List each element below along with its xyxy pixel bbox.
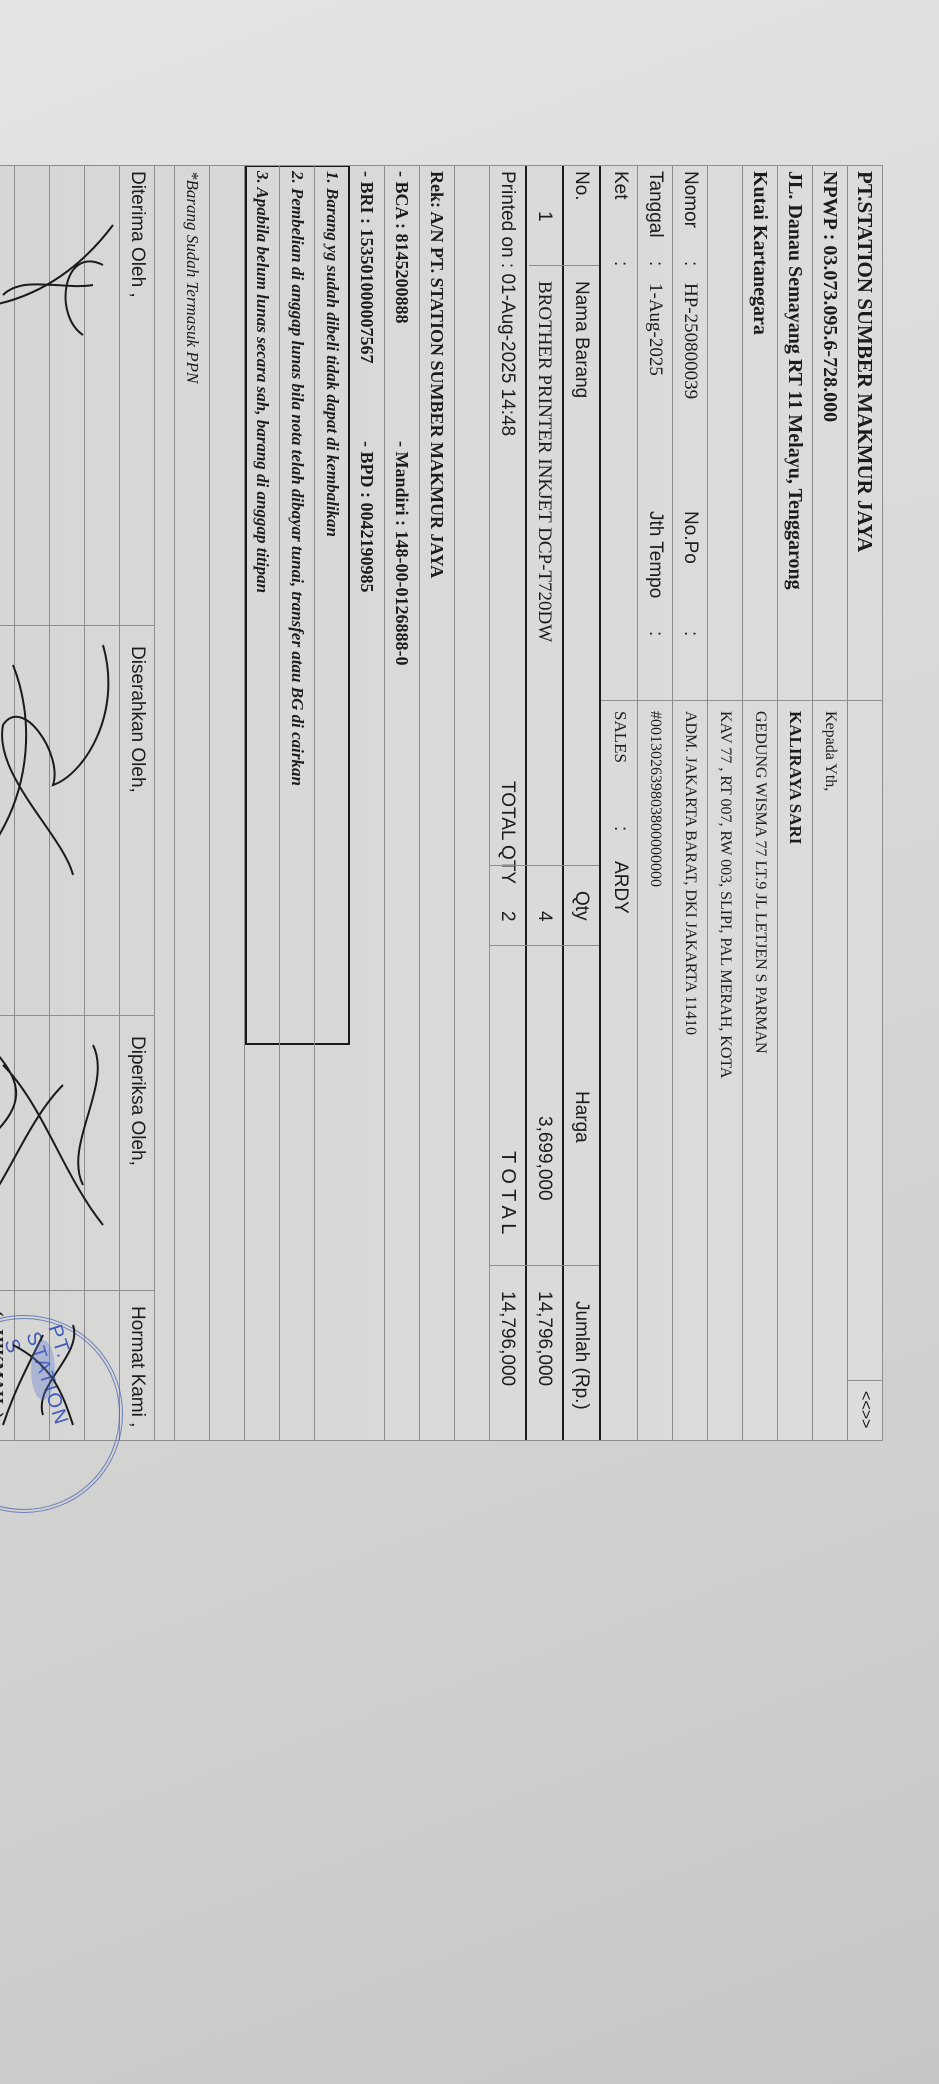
note-row: 2. Pembelian di anggap lunas bila nota t…	[280, 165, 315, 1440]
col-jumlah: Jumlah (Rp.)	[564, 1295, 599, 1410]
bank-row-1: - BCA : 8145200888 - Mandiri : 148-00-01…	[385, 165, 420, 1440]
bank-title: Rek: A/N PT. STATION SUMBER MAKMUR JAYA	[420, 165, 454, 578]
note-1: 1. Barang yg sudah dibeli tidak dapat di…	[315, 165, 350, 537]
blank-row	[455, 165, 490, 1440]
note-row: 1. Barang yg sudah dibeli tidak dapat di…	[315, 165, 350, 1440]
note-2: 2. Pembelian di anggap lunas bila nota t…	[280, 165, 314, 786]
divider	[525, 165, 527, 1440]
grid-line	[0, 1440, 883, 1441]
recipient-label: Kepada Yth,	[813, 705, 847, 791]
address-row-2: Kutai Kartanegara GEDUNG WISMA 77 LT.9 J…	[743, 165, 778, 1440]
recipient-address-line: #001302639803800000000	[638, 705, 672, 887]
hormat-label: Hormat Kami ,	[120, 1300, 154, 1427]
grid-line	[489, 945, 599, 946]
grid-line	[489, 865, 599, 866]
grid-line	[601, 700, 883, 701]
table-row: 1 BROTHER PRINTER INKJET DCP-T720DW 4 3,…	[527, 165, 562, 1440]
note-3: 3. Apabila belum lunas secara sah, baran…	[245, 165, 279, 593]
sales-colon: :	[603, 820, 637, 831]
printed-on: Printed on : 01-Aug-2025 14:48	[490, 165, 525, 436]
col-qty: Qty	[564, 885, 599, 921]
col-harga: Harga	[564, 1085, 599, 1143]
blank-row: KAV 77 , RT 007, RW 003, SLIPI, PAL MERA…	[708, 165, 743, 1440]
tanggal-colon: :	[638, 255, 672, 266]
recipient-address-line: GEDUNG WISMA 77 LT.9 JL LETJEN S PARMAN	[743, 705, 777, 1054]
bank-title-row: Rek: A/N PT. STATION SUMBER MAKMUR JAYA	[420, 165, 455, 1440]
blank-row	[210, 165, 245, 1440]
jth-tempo-colon: :	[638, 625, 672, 636]
total-qty-label: TOTAL QTY	[490, 775, 525, 884]
total-label: T O T A L	[490, 1145, 525, 1234]
recipient-address-line: ADM. JAKARTA BARAT, DKI JAKARTA 11410	[673, 705, 707, 1035]
jth-tempo-label: Jth Tempo	[638, 505, 672, 598]
diserahkan-label: Diserahkan Oleh,	[120, 640, 154, 793]
sales-label: SALES	[603, 705, 637, 763]
bank-bpd: - BPD : 0042190985	[350, 435, 384, 593]
table-header: No. Nama Barang Qty Harga Jumlah (Rp.)	[564, 165, 599, 1440]
item-no: 1	[527, 205, 562, 222]
grid-line	[529, 265, 599, 266]
grid-line	[0, 1015, 155, 1016]
bank-bca: - BCA : 8145200888	[385, 165, 419, 324]
recipient-name: KALIRAYA SARI	[778, 705, 812, 844]
diperiksa-label: Diperiksa Oleh,	[120, 1030, 154, 1166]
totals-row: Printed on : 01-Aug-2025 14:48 TOTAL QTY…	[490, 165, 525, 1440]
company-row: PT.STATION SUMBER MAKMUR JAYA <<>>	[848, 165, 883, 1440]
company-address-line2: Kutai Kartanegara	[743, 165, 777, 335]
tanggal-value: 1-Aug-2025	[638, 277, 672, 376]
tanggal-row: Tanggal : 1-Aug-2025 Jth Tempo : #001302…	[638, 165, 673, 1440]
bank-row-2: - BRI : 153501000007567 - BPD : 00421909…	[350, 165, 385, 1440]
recipient-address-line: KAV 77 , RT 007, RW 003, SLIPI, PAL MERA…	[708, 705, 742, 1078]
grid-line	[489, 1265, 599, 1266]
bank-bri: - BRI : 153501000007567	[350, 165, 384, 364]
nomor-colon: :	[673, 255, 707, 266]
tanggal-label: Tanggal	[638, 165, 672, 238]
item-jumlah: 14,796,000	[527, 1285, 562, 1386]
marker: <<>>	[848, 1385, 882, 1428]
item-qty: 4	[527, 905, 562, 922]
company-npwp: NPWP : 03.073.095.6-728.000	[813, 165, 847, 422]
nomor-label: Nomor	[673, 165, 707, 228]
divider	[562, 165, 564, 1440]
nopo-colon: :	[673, 625, 707, 636]
ket-label: Ket	[603, 165, 637, 200]
ppn-row: *Barang Sudah Termasuk PPN	[175, 165, 210, 1440]
address-row-1: JL. Danau Semayang RT 11 Melayu, Tenggar…	[778, 165, 813, 1440]
divider	[599, 165, 601, 1440]
col-no: No.	[564, 165, 599, 201]
item-name: BROTHER PRINTER INKJET DCP-T720DW	[527, 275, 562, 642]
ket-row: Ket : SALES : ARDY	[603, 165, 638, 1440]
nomor-value: HP-250800039	[673, 277, 707, 399]
grid-line	[0, 1290, 155, 1291]
company-address-line1: JL. Danau Semayang RT 11 Melayu, Tenggar…	[778, 165, 812, 590]
ket-colon: :	[603, 255, 637, 266]
npwp-row: NPWP : 03.073.095.6-728.000 Kepada Yth,	[813, 165, 848, 1440]
note-row: 3. Apabila belum lunas secara sah, baran…	[245, 165, 280, 1440]
signature-hormat	[0, 1315, 93, 1435]
sales-value: ARDY	[603, 855, 637, 914]
grid-line	[0, 625, 155, 626]
total-qty-value: 2	[490, 905, 525, 922]
grid-line	[0, 165, 883, 166]
signature-labels-row: Diterima Oleh , Diserahkan Oleh, Diperik…	[120, 165, 155, 1440]
signature-diterima	[0, 205, 123, 405]
invoice-document: PT.STATION SUMBER MAKMUR JAYA <<>> NPWP …	[0, 165, 883, 1440]
ppn-note: *Barang Sudah Termasuk PPN	[175, 165, 209, 383]
grid-line	[848, 1380, 883, 1381]
nopo-label: No.Po	[673, 505, 707, 564]
col-nama-barang: Nama Barang	[564, 275, 599, 398]
bank-mandiri: - Mandiri : 148-00-0126888-0	[385, 435, 419, 665]
nomor-row: Nomor : HP-250800039 No.Po : ADM. JAKART…	[673, 165, 708, 1440]
signature-diserahkan	[0, 635, 123, 895]
diterima-label: Diterima Oleh ,	[120, 165, 154, 298]
company-name: PT.STATION SUMBER MAKMUR JAYA	[848, 165, 882, 552]
item-harga: 3,699,000	[527, 1110, 562, 1201]
total-value: 14,796,000	[490, 1285, 525, 1386]
signature-diperiksa	[0, 1025, 123, 1265]
